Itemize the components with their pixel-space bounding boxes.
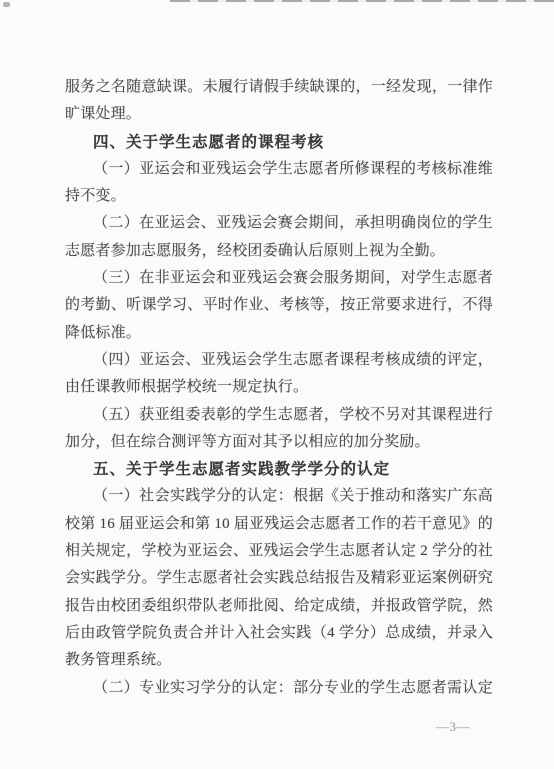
scan-artifact-speck	[3, 2, 10, 7]
text-line: 由任课教师根据学校统一规定执行。	[65, 374, 493, 401]
text-line: 旷课处理。	[65, 101, 493, 128]
text-line: 的考勤、听课学习、平时作业、考核等，按正常要求进行，不得	[65, 292, 493, 319]
document-text-block: 服务之名随意缺课。未履行请假手续缺课的，一经发现，一律作旷课处理。四、关于学生志…	[65, 74, 493, 702]
page-number: —3—	[435, 719, 471, 735]
document-page: 服务之名随意缺课。未履行请假手续缺课的，一经发现，一律作旷课处理。四、关于学生志…	[0, 0, 554, 769]
text-line: （五）获亚组委表彰的学生志愿者，学校不另对其课程进行	[65, 402, 493, 429]
text-line: 报告由校团委组织带队老师批阅、给定成绩，并报政管学院，然	[65, 593, 493, 620]
text-line: 教务管理系统。	[65, 647, 493, 674]
scan-artifact-top-edge	[170, 0, 554, 2]
text-line: （三）在非亚运会和亚残运会赛会服务期间，对学生志愿者	[65, 265, 493, 292]
text-line: 校第 16 届亚运会和第 10 届亚残运会志愿者工作的若干意见》的	[65, 511, 493, 538]
text-line: 后由政管学院负责合并计入社会实践（4 学分）总成绩，并录入	[65, 620, 493, 647]
text-line: （二）在亚运会、亚残运会赛会期间，承担明确岗位的学生	[65, 210, 493, 237]
section-heading: 五、关于学生志愿者实践教学学分的认定	[65, 456, 493, 483]
text-line: 会实践学分。学生志愿者社会实践总结报告及精彩亚运案例研究	[65, 565, 493, 592]
text-line: 服务之名随意缺课。未履行请假手续缺课的，一经发现，一律作	[65, 74, 493, 101]
text-line: （一）亚运会和亚残运会学生志愿者所修课程的考核标准维	[65, 156, 493, 183]
text-line: 相关规定，学校为亚运会、亚残运会学生志愿者认定 2 学分的社	[65, 538, 493, 565]
text-line: 加分，但在综合测评等方面对其予以相应的加分奖励。	[65, 429, 493, 456]
text-line: （一）社会实践学分的认定：根据《关于推动和落实广东高	[65, 483, 493, 510]
text-line: （二）专业实习学分的认定：部分专业的学生志愿者需认定	[65, 675, 493, 702]
section-heading: 四、关于学生志愿者的课程考核	[65, 129, 493, 156]
text-line: 降低标准。	[65, 320, 493, 347]
text-line: 志愿者参加志愿服务，经校团委确认后原则上视为全勤。	[65, 238, 493, 265]
text-line: 持不变。	[65, 183, 493, 210]
text-line: （四）亚运会、亚残运会学生志愿者课程考核成绩的评定，	[65, 347, 493, 374]
